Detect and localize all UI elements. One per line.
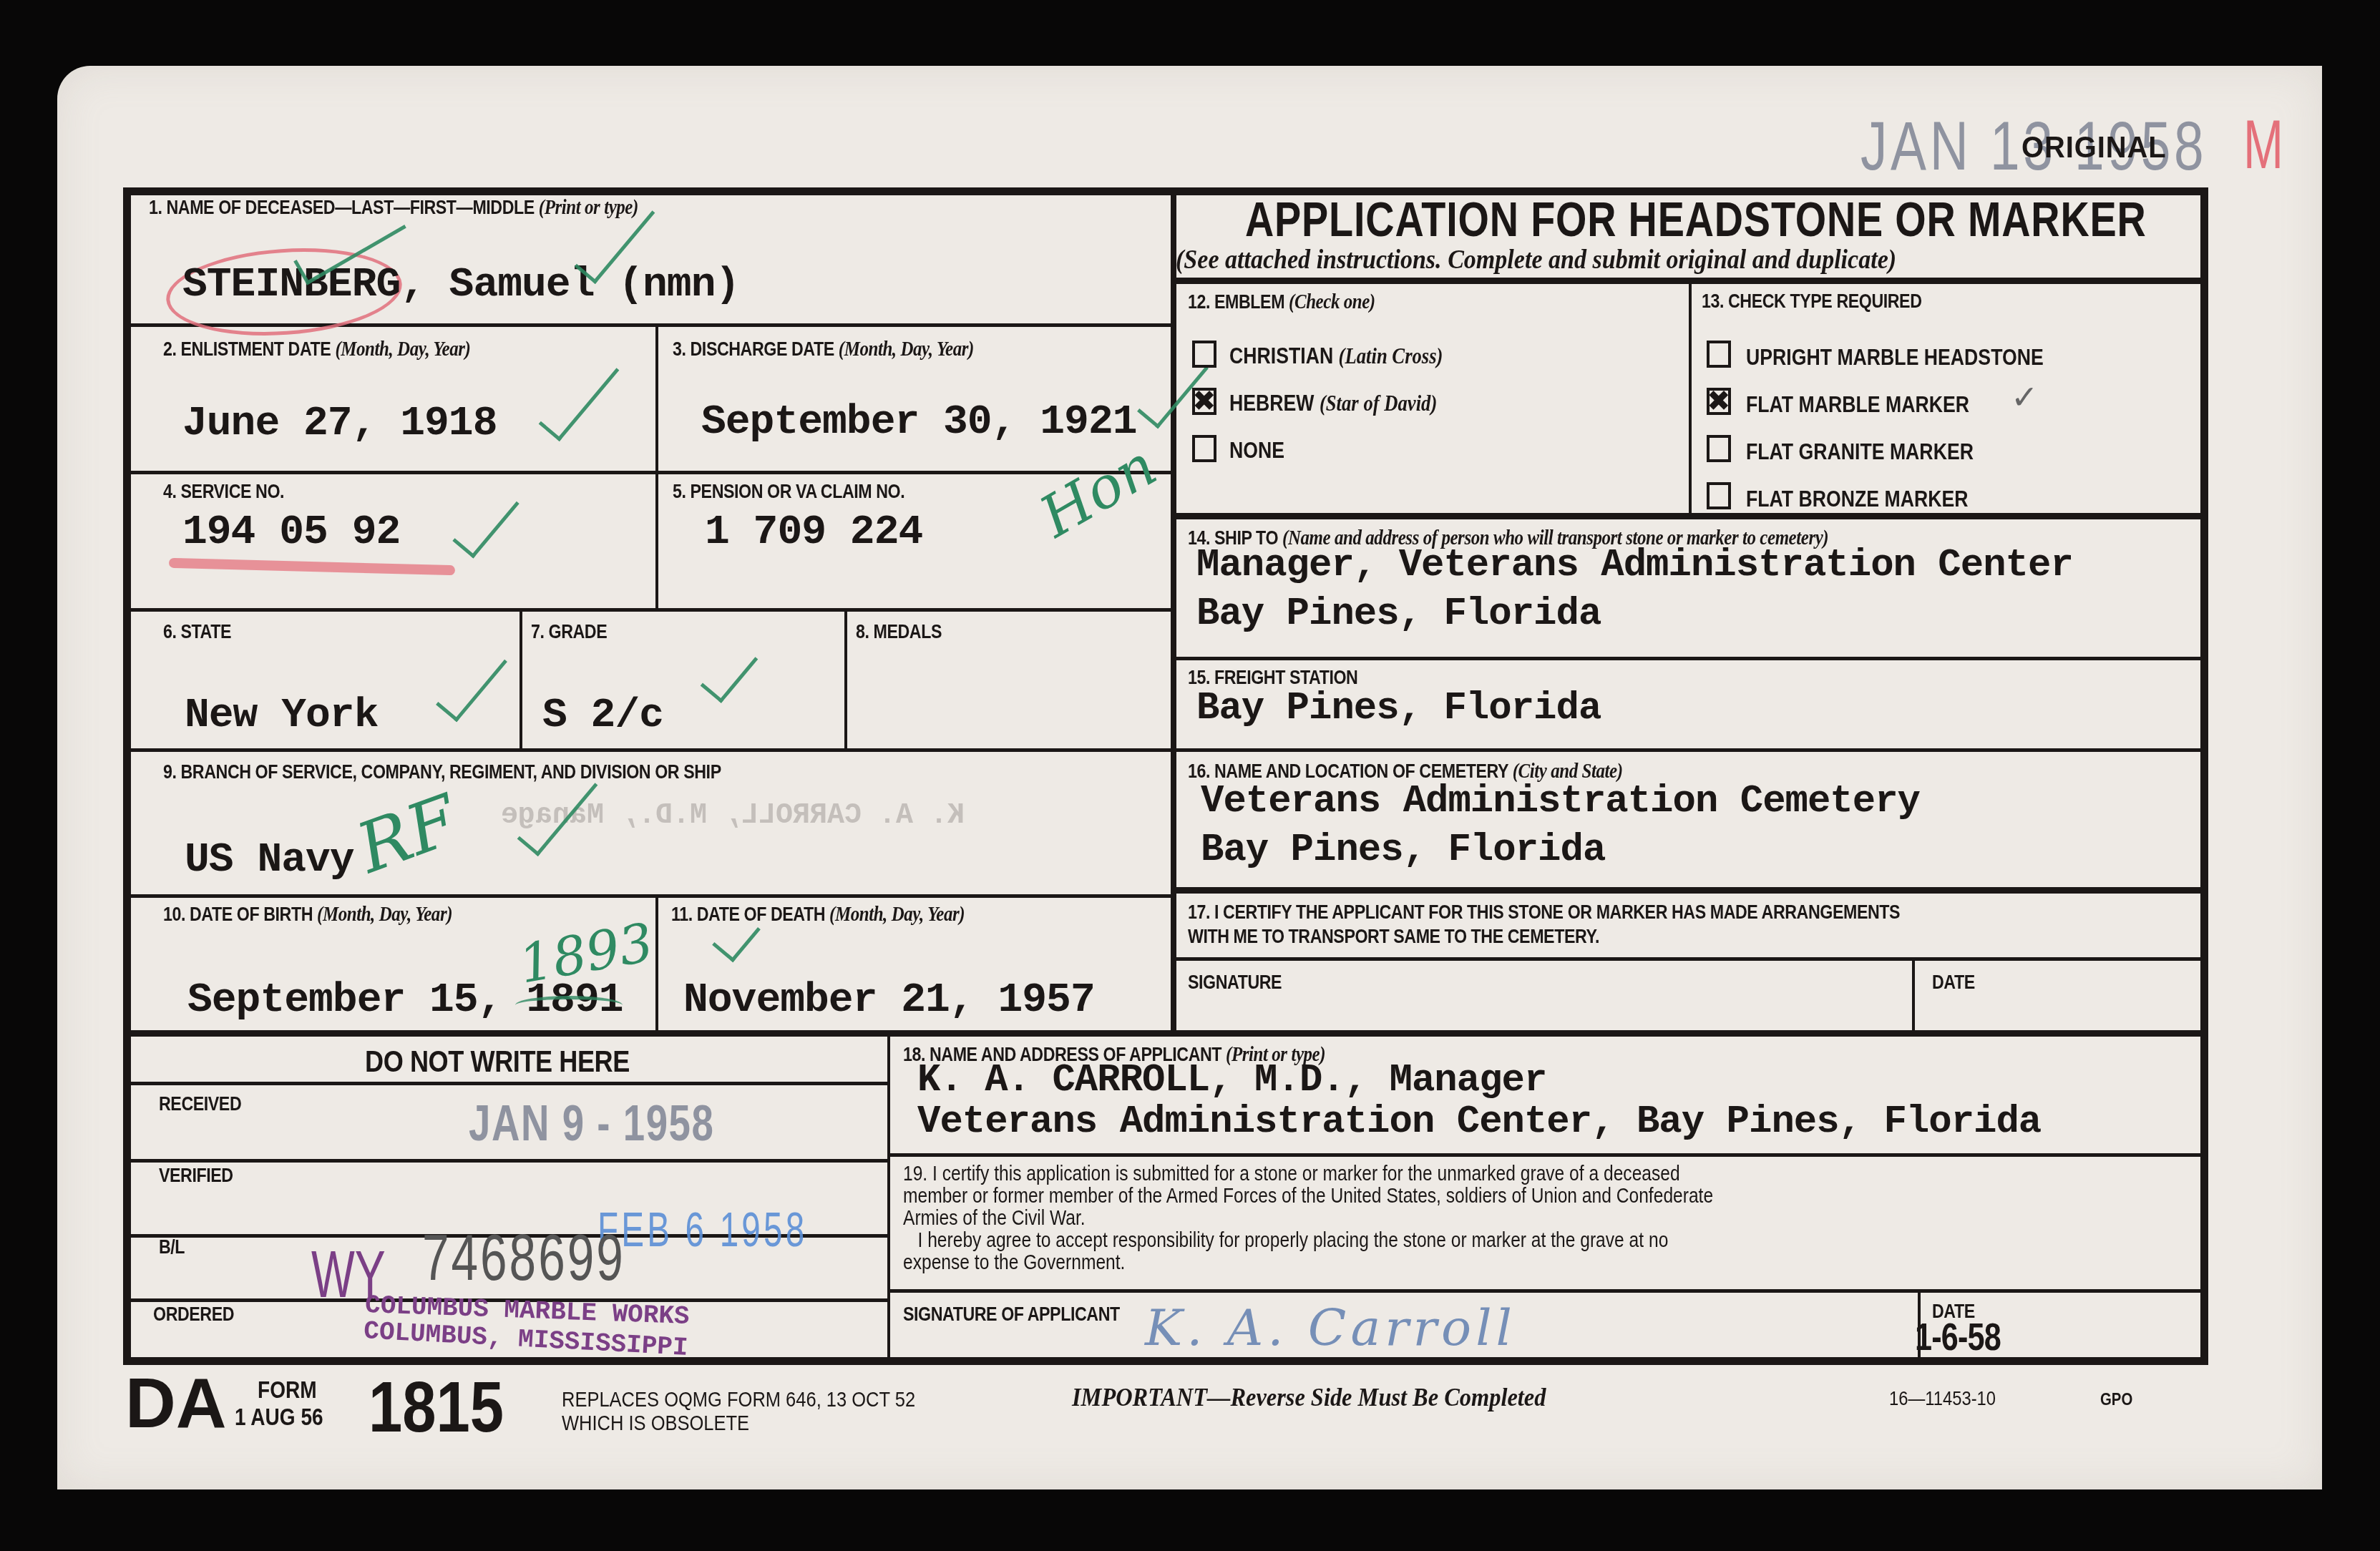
field-12-label: 12. EMBLEM (Check one) bbox=[1188, 290, 1375, 314]
certification-line3: Armies of the Civil War. bbox=[903, 1206, 1086, 1230]
field-10-label: 10. DATE OF BIRTH (Month, Day, Year) bbox=[163, 903, 452, 926]
ordered-label: ORDERED bbox=[153, 1303, 234, 1326]
field-17-line2: WITH ME TO TRANSPORT SAME TO THE CEMETER… bbox=[1188, 926, 1599, 948]
transport-signature-label: SIGNATURE bbox=[1188, 972, 1282, 994]
form-instructions: (See attached instructions. Complete and… bbox=[1176, 245, 1896, 275]
field-11-label: 11. DATE OF DEATH (Month, Day, Year) bbox=[671, 903, 965, 926]
cemetery-line2: Bay Pines, Florida bbox=[1201, 828, 1605, 872]
certification-line1: 19. I certify this application is submit… bbox=[903, 1162, 1680, 1185]
emblem-christian-checkbox[interactable] bbox=[1192, 341, 1216, 368]
field-17-line1: 17. I CERTIFY THE APPLICANT FOR THIS STO… bbox=[1188, 901, 1900, 924]
type-flat-bronze-checkbox[interactable] bbox=[1707, 482, 1731, 509]
field-8-label: 8. MEDALS bbox=[856, 621, 942, 643]
rule bbox=[844, 612, 847, 748]
rule bbox=[1912, 960, 1915, 1030]
rule bbox=[129, 748, 1172, 752]
rule bbox=[890, 1289, 2203, 1293]
ship-to-line2: Bay Pines, Florida bbox=[1196, 592, 1601, 636]
verified-label: VERIFIED bbox=[159, 1165, 233, 1187]
rule bbox=[1174, 278, 2203, 284]
type-flat-marble-label: FLAT MARBLE MARKER bbox=[1746, 392, 1969, 418]
rule bbox=[655, 327, 658, 608]
type-upright-marble-label: UPRIGHT MARBLE HEADSTONE bbox=[1746, 345, 2044, 371]
type-flat-granite-label: FLAT GRANITE MARKER bbox=[1746, 439, 1974, 465]
type-flat-bronze-label: FLAT BRONZE MARKER bbox=[1746, 486, 1969, 512]
freight-station-value: Bay Pines, Florida bbox=[1196, 687, 1601, 730]
footer-form-date: 1 AUG 56 bbox=[235, 1404, 323, 1431]
field-5-label: 5. PENSION OR VA CLAIM NO. bbox=[673, 481, 904, 503]
grade-value: S 2/c bbox=[542, 693, 663, 739]
column-divider bbox=[1171, 187, 1176, 1036]
rule bbox=[1174, 887, 2203, 894]
rule bbox=[129, 894, 1172, 898]
emblem-christian-label: CHRISTIAN (Latin Cross) bbox=[1229, 343, 1443, 369]
footer-replaces-line1: REPLACES OQMG FORM 646, 13 OCT 52 bbox=[562, 1388, 915, 1411]
applicant-line1: K. A. CARROLL, M.D., Manager bbox=[917, 1059, 1546, 1102]
bl-number: 7468699 bbox=[422, 1222, 625, 1296]
applicant-line2: Veterans Administration Center, Bay Pine… bbox=[917, 1100, 2041, 1144]
emblem-hebrew-label: HEBREW (Star of David) bbox=[1229, 391, 1437, 416]
rule bbox=[129, 608, 1172, 612]
applicant-signature-label: SIGNATURE OF APPLICANT bbox=[903, 1303, 1120, 1326]
field-6-label: 6. STATE bbox=[163, 621, 231, 643]
footer-da: DA bbox=[125, 1363, 227, 1444]
footer-important-note: IMPORTANT—Reverse Side Must Be Completed bbox=[1072, 1382, 1546, 1412]
state-value: New York bbox=[185, 693, 378, 739]
emblem-hebrew-checkbox[interactable] bbox=[1192, 388, 1216, 415]
rule bbox=[1174, 657, 2203, 660]
footer-printer: GPO bbox=[2100, 1388, 2132, 1411]
cemetery-line1: Veterans Administration Cemetery bbox=[1201, 780, 1920, 823]
footer-form-label: FORM bbox=[258, 1376, 317, 1404]
deceased-last-name: STEINBERG bbox=[182, 262, 400, 308]
applicant-date-value: 1-6-58 bbox=[1915, 1315, 2001, 1359]
field-7-label: 7. GRADE bbox=[531, 621, 607, 643]
deceased-first-middle: , Samuel (nmn) bbox=[401, 262, 739, 308]
death-date: November 21, 1957 bbox=[683, 977, 1095, 1024]
bl-label: B/L bbox=[159, 1236, 185, 1258]
original-label: ORIGINAL bbox=[2021, 130, 2167, 165]
rule bbox=[1174, 748, 2203, 752]
rule bbox=[887, 1036, 890, 1359]
discharge-date: September 30, 1921 bbox=[701, 399, 1137, 446]
enlistment-date: June 27, 1918 bbox=[182, 401, 497, 447]
ship-to-line1: Manager, Veterans Administration Center bbox=[1196, 544, 2073, 587]
branch-value: US Navy bbox=[185, 837, 354, 884]
rule bbox=[129, 471, 1172, 474]
field-13-label: 13. CHECK TYPE REQUIRED bbox=[1702, 290, 1922, 313]
rule bbox=[520, 612, 522, 748]
footer-replaces-line2: WHICH IS OBSOLETE bbox=[562, 1411, 749, 1435]
service-number: 194 05 92 bbox=[182, 509, 400, 556]
rule bbox=[1174, 513, 2203, 519]
applicant-signature: K. A. Carroll bbox=[1145, 1298, 1516, 1357]
field-4-label: 4. SERVICE NO. bbox=[163, 481, 284, 503]
field-15-label: 15. FREIGHT STATION bbox=[1188, 667, 1357, 689]
rule bbox=[129, 1159, 887, 1163]
footer-form-number: 1815 bbox=[369, 1366, 504, 1449]
check-mark-icon: ✓ bbox=[2011, 378, 2039, 416]
field-9-label: 9. BRANCH OF SERVICE, COMPANY, REGIMENT,… bbox=[163, 761, 721, 783]
form-title: APPLICATION FOR HEADSTONE OR MARKER bbox=[1245, 192, 2147, 248]
field-2-label: 2. ENLISTMENT DATE (Month, Day, Year) bbox=[163, 338, 470, 361]
office-use-header: DO NOT WRITE HERE bbox=[365, 1044, 630, 1079]
type-flat-granite-checkbox[interactable] bbox=[1707, 435, 1731, 462]
type-upright-marble-checkbox[interactable] bbox=[1707, 341, 1731, 368]
rule bbox=[129, 1082, 887, 1085]
field-3-label: 3. DISCHARGE DATE (Month, Day, Year) bbox=[673, 338, 974, 361]
received-stamp: JAN 9 - 1958 bbox=[469, 1095, 714, 1152]
received-label: RECEIVED bbox=[159, 1093, 241, 1115]
claim-number: 1 709 224 bbox=[705, 509, 922, 556]
rule bbox=[890, 1153, 2203, 1157]
transport-date-label: DATE bbox=[1932, 972, 1975, 994]
rule bbox=[1689, 283, 1692, 514]
footer-print-code: 16—11453-10 bbox=[1889, 1386, 1996, 1410]
certification-line5: expense to the Government. bbox=[903, 1251, 1125, 1274]
rule bbox=[129, 1030, 2203, 1037]
certification-line4: I hereby agree to accept responsibility … bbox=[903, 1228, 1668, 1252]
type-flat-marble-checkbox[interactable] bbox=[1707, 388, 1731, 415]
emblem-none-label: NONE bbox=[1229, 438, 1284, 464]
emblem-none-checkbox[interactable] bbox=[1192, 435, 1216, 462]
initial-mark: M bbox=[2243, 106, 2283, 185]
rule bbox=[1174, 957, 2203, 961]
verified-stamp: FEB 6 1958 bbox=[598, 1202, 807, 1258]
strikethrough-mark bbox=[515, 996, 623, 1014]
certification-line2: member or former member of the Armed For… bbox=[903, 1184, 1713, 1208]
